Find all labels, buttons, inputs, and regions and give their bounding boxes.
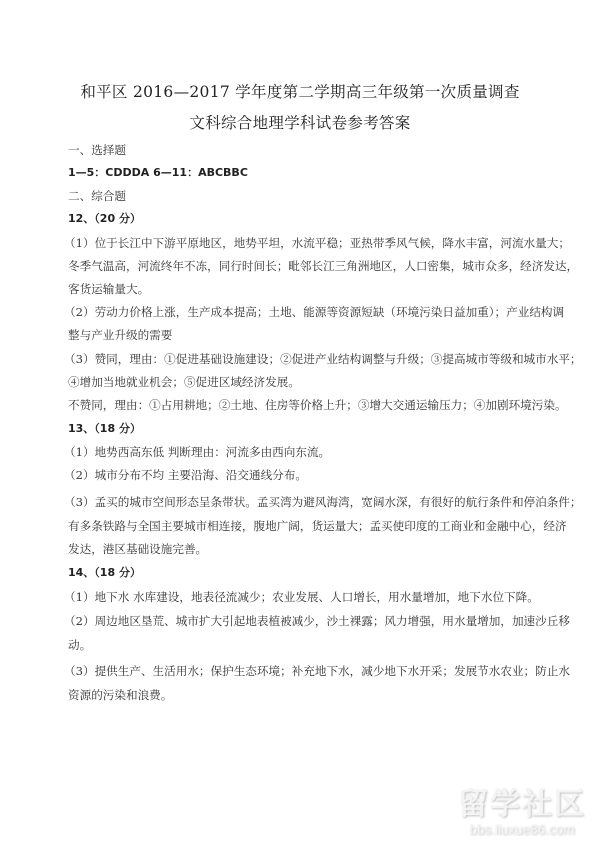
answer-line: 冬季气温高，河流终年不冻，同行时间长；毗邻长江三角洲地区，人口密集，城市众多，经… xyxy=(68,259,578,273)
answer-line: （2）劳动力价格上涨，生产成本提高；土地、能源等资源短缺（环境污染日益加重）；产… xyxy=(64,305,564,319)
answer-line: 整与产业升级的需要 xyxy=(68,328,172,342)
answer-line: （2）城市分布不均 主要沿海、沿交通线分布。 xyxy=(64,468,307,482)
answer-line: （3）提供生产、生活用水；保护生态环境；补充地下水，减少地下水开采；发展节水农业… xyxy=(64,664,570,678)
answer-line: 客货运输量大。 xyxy=(68,282,149,296)
answer-line: 不赞同，理由：①占用耕地；②土地、住房等价格上升；③增大交通运输压力；④加剧环境… xyxy=(68,398,567,412)
question-14-heading: 14、（18 分） xyxy=(68,566,141,580)
section-heading-comprehensive: 二、综合题 xyxy=(68,189,126,203)
choice-answers: 1—5：CDDDA 6—11：ABCBBC xyxy=(68,166,248,180)
answer-line: 动。 xyxy=(68,638,91,652)
answer-line: （1）地势西高东低 判断理由：河流多由西向东流。 xyxy=(64,445,330,459)
question-13-heading: 13、（18 分） xyxy=(68,422,141,436)
watermark-logo-text: 留学社区 xyxy=(452,788,592,822)
question-12-heading: 12、（20 分） xyxy=(68,212,141,226)
section-heading-choice: 一、选择题 xyxy=(68,143,126,157)
watermark-logo: 留学社区 bbs.liuxue86.com xyxy=(452,788,592,838)
answer-line: （3）孟买的城市空间形态呈条带状。孟买湾为避风海湾，宽阔水深，有很好的航行条件和… xyxy=(64,495,582,509)
answer-line: （1）位于长江中下游平原地区，地势平坦，水流平稳；亚热带季风气候，降水丰富，河流… xyxy=(64,236,570,250)
answer-line: ④增加当地就业机会；⑤促进区域经济发展。 xyxy=(68,375,300,389)
answer-line: 资源的污染和浪费。 xyxy=(68,688,172,702)
document-subtitle: 文科综合地理学科试卷参考答案 xyxy=(0,111,600,133)
document-title: 和平区 2016—2017 学年度第二学期高三年级第一次质量调查 xyxy=(0,80,600,102)
answer-line: （2）周边地区垦荒、城市扩大引起地表植被减少，沙土裸露；风力增强，用水量增加，加… xyxy=(64,614,570,628)
watermark-url: bbs.liuxue86.com xyxy=(452,822,592,838)
answer-line: 发达，港区基础设施完善。 xyxy=(68,542,207,556)
answer-line: （3）赞同，理由：①促进基础设施建设；②促进产业结构调整与升级；③提高城市等级和… xyxy=(64,352,582,366)
answer-line: 有多条铁路与全国主要城市相连接，腹地广阔，货运量大；孟买使印度的工商业和金融中心… xyxy=(68,519,567,533)
answer-line: （1）地下水 水库建设，地表径流减少；农业发展、人口增长，用水量增加，地下水位下… xyxy=(64,590,539,604)
